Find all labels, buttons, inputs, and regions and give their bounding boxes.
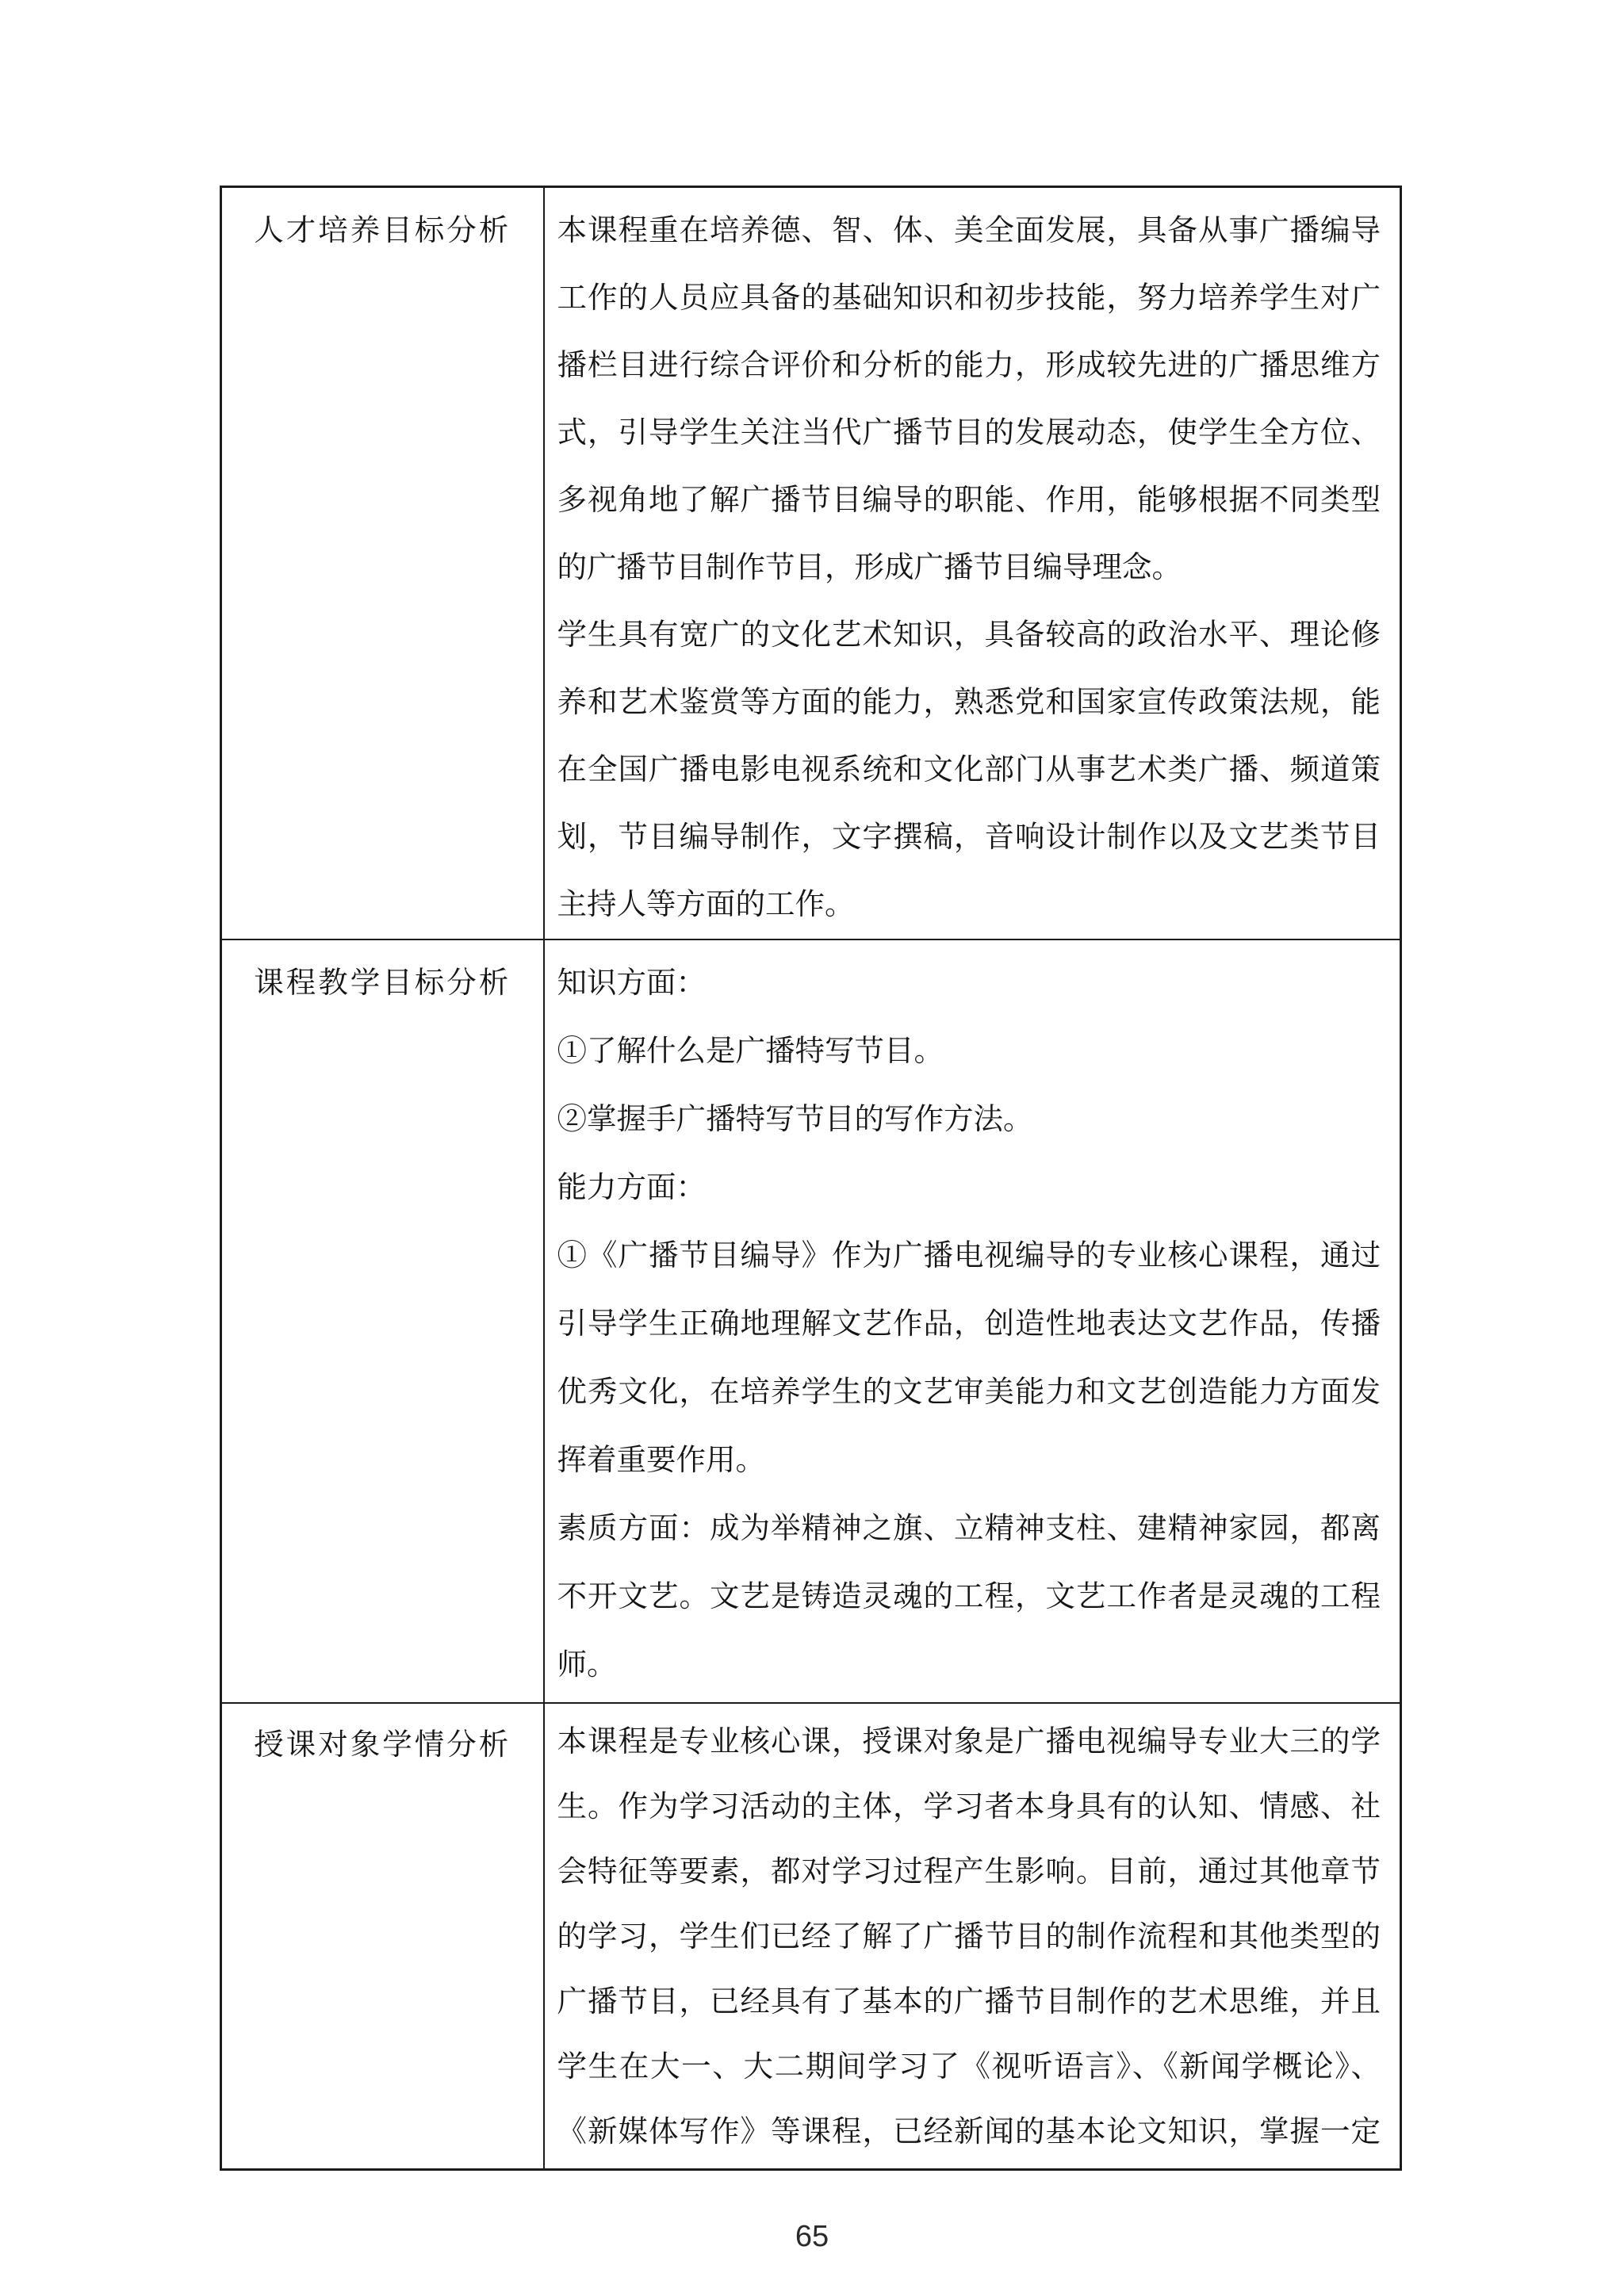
document-page: 人才培养目标分析本课程重在培养德、智、体、美全面发展，具备从事广播编导工作的人员…: [0, 0, 1624, 2296]
text-line: 挥着重要作用。: [557, 1427, 1381, 1495]
text-line: 主持人等方面的工作。: [557, 871, 1381, 939]
row-content: 本课程重在培养德、智、体、美全面发展，具备从事广播编导工作的人员应具备的基础知识…: [544, 187, 1401, 940]
text-line: 能力方面：: [557, 1154, 1381, 1223]
text-line: ②掌握手广播特写节目的写作方法。: [557, 1086, 1381, 1154]
lesson-analysis-table: 人才培养目标分析本课程重在培养德、智、体、美全面发展，具备从事广播编导工作的人员…: [220, 186, 1402, 2171]
page-number: 65: [0, 2220, 1624, 2254]
text-line: ①《广播节目编导》作为广播电视编导的专业核心课程，通过: [557, 1223, 1381, 1291]
row-content: 知识方面：①了解什么是广播特写节目。②掌握手广播特写节目的写作方法。能力方面：①…: [544, 939, 1401, 1703]
text-line: 在全国广播电影电视系统和文化部门从事艺术类广播、频道策: [557, 737, 1381, 804]
row-content: 本课程是专业核心课，授课对象是广播电视编导专业大三的学生。作为学习活动的主体，学…: [544, 1703, 1401, 2169]
text-line: 多视角地了解广播节目编导的职能、作用，能够根据不同类型: [557, 467, 1381, 534]
table-row: 人才培养目标分析本课程重在培养德、智、体、美全面发展，具备从事广播编导工作的人员…: [221, 187, 1401, 940]
row-label: 授课对象学情分析: [221, 1703, 544, 2169]
text-line: 会特征等要素，都对学习过程产生影响。目前，通过其他章节: [557, 1840, 1381, 1905]
text-line: 本课程重在培养德、智、体、美全面发展，具备从事广播编导: [557, 197, 1381, 265]
text-line: 的广播节目制作节目，形成广播节目编导理念。: [557, 534, 1381, 602]
text-line: 本课程是专业核心课，授课对象是广播电视编导专业大三的学: [557, 1710, 1381, 1775]
text-line: 广播节目，已经具有了基本的广播节目制作的艺术思维，并且: [557, 1970, 1381, 2035]
table-row: 授课对象学情分析本课程是专业核心课，授课对象是广播电视编导专业大三的学生。作为学…: [221, 1703, 1401, 2169]
text-line: 引导学生正确地理解文艺作品，创造性地表达文艺作品，传播: [557, 1291, 1381, 1359]
text-line: 《新媒体写作》等课程，已经新闻的基本论文知识，掌握一定: [557, 2100, 1381, 2165]
text-line: 生。作为学习活动的主体，学习者本身具有的认知、情感、社: [557, 1775, 1381, 1840]
text-line: 养和艺术鉴赏等方面的能力，熟悉党和国家宣传政策法规，能: [557, 669, 1381, 737]
text-line: 播栏目进行综合评价和分析的能力，形成较先进的广播思维方: [557, 332, 1381, 400]
text-line: 师。: [557, 1632, 1381, 1700]
text-line: 素质方面：成为举精神之旗、立精神支柱、建精神家园，都离: [557, 1495, 1381, 1563]
text-line: 知识方面：: [557, 950, 1381, 1018]
text-line: 的学习，学生们已经了解了广播节目的制作流程和其他类型的: [557, 1905, 1381, 1970]
text-line: 学生在大一、大二期间学习了《视听语言》、《新闻学概论》、: [557, 2035, 1381, 2100]
table-row: 课程教学目标分析知识方面：①了解什么是广播特写节目。②掌握手广播特写节目的写作方…: [221, 939, 1401, 1703]
row-label: 课程教学目标分析: [221, 939, 544, 1703]
text-line: 不开文艺。文艺是铸造灵魂的工程，文艺工作者是灵魂的工程: [557, 1563, 1381, 1632]
text-line: 式，引导学生关注当代广播节目的发展动态，使学生全方位、: [557, 400, 1381, 467]
row-label: 人才培养目标分析: [221, 187, 544, 940]
text-line: 学生具有宽广的文化艺术知识，具备较高的政治水平、理论修: [557, 602, 1381, 669]
text-line: ①了解什么是广播特写节目。: [557, 1018, 1381, 1086]
text-line: 优秀文化，在培养学生的文艺审美能力和文艺创造能力方面发: [557, 1359, 1381, 1427]
text-line: 工作的人员应具备的基础知识和初步技能，努力培养学生对广: [557, 265, 1381, 332]
text-line: 划，节目编导制作，文字撰稿，音响设计制作以及文艺类节目: [557, 804, 1381, 871]
